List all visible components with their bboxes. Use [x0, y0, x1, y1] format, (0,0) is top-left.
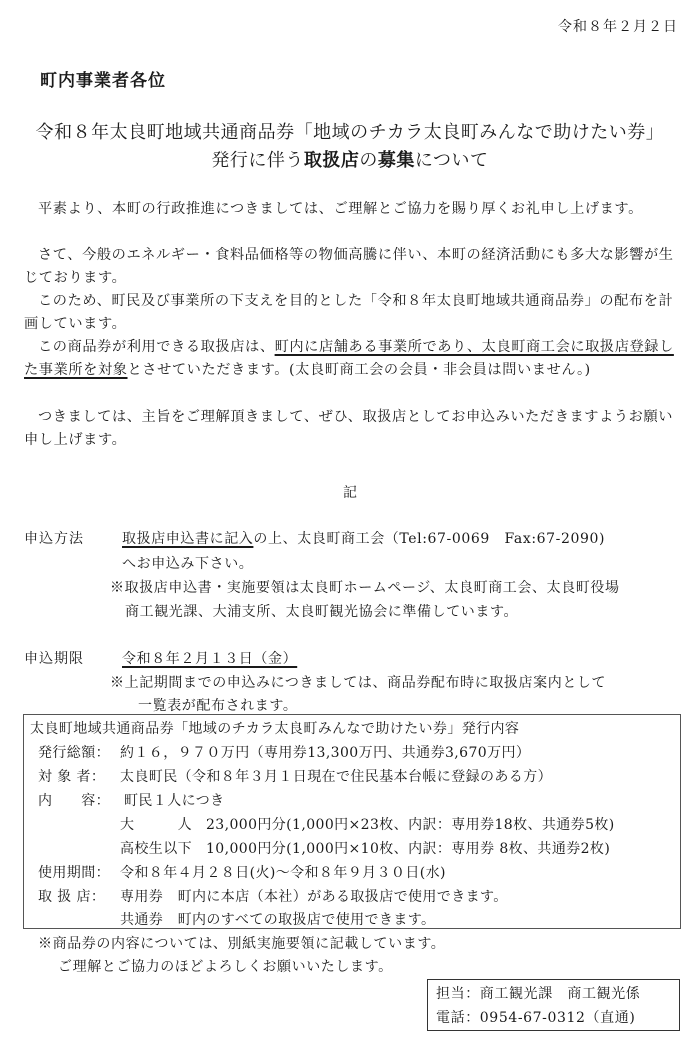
store-label: 取 扱 店：: [38, 886, 105, 906]
deadline-label: 申込期限: [24, 648, 84, 668]
title-line-1: 令和８年太良町地域共通商品券「地域のチカラ太良町みんなで助けたい券」: [0, 118, 700, 144]
eligibility-suffix: とさせていただきます。(太良町商工会の会員・非会員は問いません。): [128, 362, 591, 378]
title-suffix: について: [415, 150, 489, 171]
addressee: 町内事業者各位: [40, 66, 166, 91]
application-method-line1: 取扱店申込書に記入の上、太良町商工会（Tel:67-0069 Fax:67-20…: [122, 528, 605, 548]
issue-details-box: 太良町地域共通商品券「地域のチカラ太良町みんなで助けたい券」発行内容 発行総額：…: [23, 714, 681, 929]
content-label: 内 容：: [38, 790, 110, 810]
title-line-2: 発行に伴う取扱店の募集について: [0, 146, 700, 172]
youth-value: 10,000円分(1,000円×10枚、内訳：専用券 8枚、共通券2枚): [206, 838, 610, 858]
title-prefix: 発行に伴う: [211, 150, 304, 171]
paragraph-request: つきましては、主旨をご理解頂きまして、ぜひ、取扱店としてお申込みいただきますよう…: [24, 406, 684, 452]
application-method-label: 申込方法: [24, 528, 84, 548]
target-value: 太良町民（令和８年３月１日現在で住民基本台帳に登録のある方）: [120, 766, 552, 786]
deadline-note-line2: 一覧表が配布されます。: [138, 695, 297, 715]
application-note-line1: ※取扱店申込書・実施要領は太良町ホームページ、太良町商工会、太良町役場: [110, 577, 620, 597]
paragraph-purpose: このため、町民及び事業所の下支えを目的とした「令和８年太良町地域共通商品券」の配…: [24, 290, 684, 336]
application-method-rest: の上、太良町商工会（Tel:67-0069 Fax:67-2090): [253, 531, 605, 547]
content-value: 町民１人につき: [124, 790, 225, 810]
paragraph-greeting: 平素より、本町の行政推進につきましては、ご理解とご協力を賜り厚くお礼申し上げます…: [24, 198, 684, 221]
eligibility-prefix: この商品券が利用できる取扱店は、: [38, 339, 275, 355]
footer-note-1: ※商品券の内容については、別紙実施要領に記載しています。: [38, 933, 445, 953]
issue-heading: 太良町地域共通商品券「地域のチカラ太良町みんなで助けたい券」発行内容: [30, 718, 519, 738]
paragraph-background: さて、今般のエネルギー・食料品価格等の物価高騰に伴い、本町の経済活動にも多大な影…: [24, 244, 684, 290]
ki-heading: 記: [0, 482, 700, 502]
application-note-line2: 商工観光課、大浦支所、太良町観光協会に準備しています。: [125, 601, 518, 621]
deadline-date: 令和８年２月１３日（金）: [122, 648, 297, 668]
title-bold-recruit: 募集: [378, 150, 415, 171]
youth-label: 高校生以下: [120, 838, 192, 858]
contact-box: 担当：商工観光課 商工観光係 電話：0954-67-0312（直通): [427, 979, 680, 1031]
total-label: 発行総額：: [38, 742, 110, 762]
store-dedicated: 専用券 町内に本店（本社）がある取扱店で使用できます。: [120, 886, 508, 906]
period-value: 令和８年４月２８日(火)～令和８年９月３０日(水): [120, 862, 446, 882]
application-method-line2: へお申込み下さい。: [122, 553, 253, 573]
adult-label: 大 人: [120, 814, 192, 834]
deadline-note-line1: ※上記期間までの申込みにつきましては、商品券配布時に取扱店案内として: [110, 672, 606, 692]
adult-value: 23,000円分(1,000円×23枚、内訳：専用券18枚、共通券5枚): [206, 814, 615, 834]
application-method-underlined: 取扱店申込書に記入: [122, 531, 253, 547]
document-date: 令和８年２月２日: [558, 16, 678, 36]
contact-phone: 電話：0954-67-0312（直通): [436, 1007, 635, 1027]
title-bold-store: 取扱店: [304, 150, 360, 171]
paragraph-eligibility: この商品券が利用できる取扱店は、町内に店舗ある事業所であり、太良町商工会に取扱店…: [24, 336, 684, 382]
contact-person: 担当：商工観光課 商工観光係: [436, 983, 640, 1003]
target-label: 対 象 者：: [38, 766, 105, 786]
store-common: 共通券 町内のすべての取扱店で使用できます。: [120, 909, 435, 929]
period-label: 使用期間：: [38, 862, 110, 882]
total-value: 約１６，９７０万円（専用券13,300万円、共通券3,670万円）: [120, 742, 530, 762]
footer-note-2: ご理解とご協力のほどよろしくお願いいたします。: [58, 956, 393, 976]
title-mid: の: [359, 150, 378, 171]
